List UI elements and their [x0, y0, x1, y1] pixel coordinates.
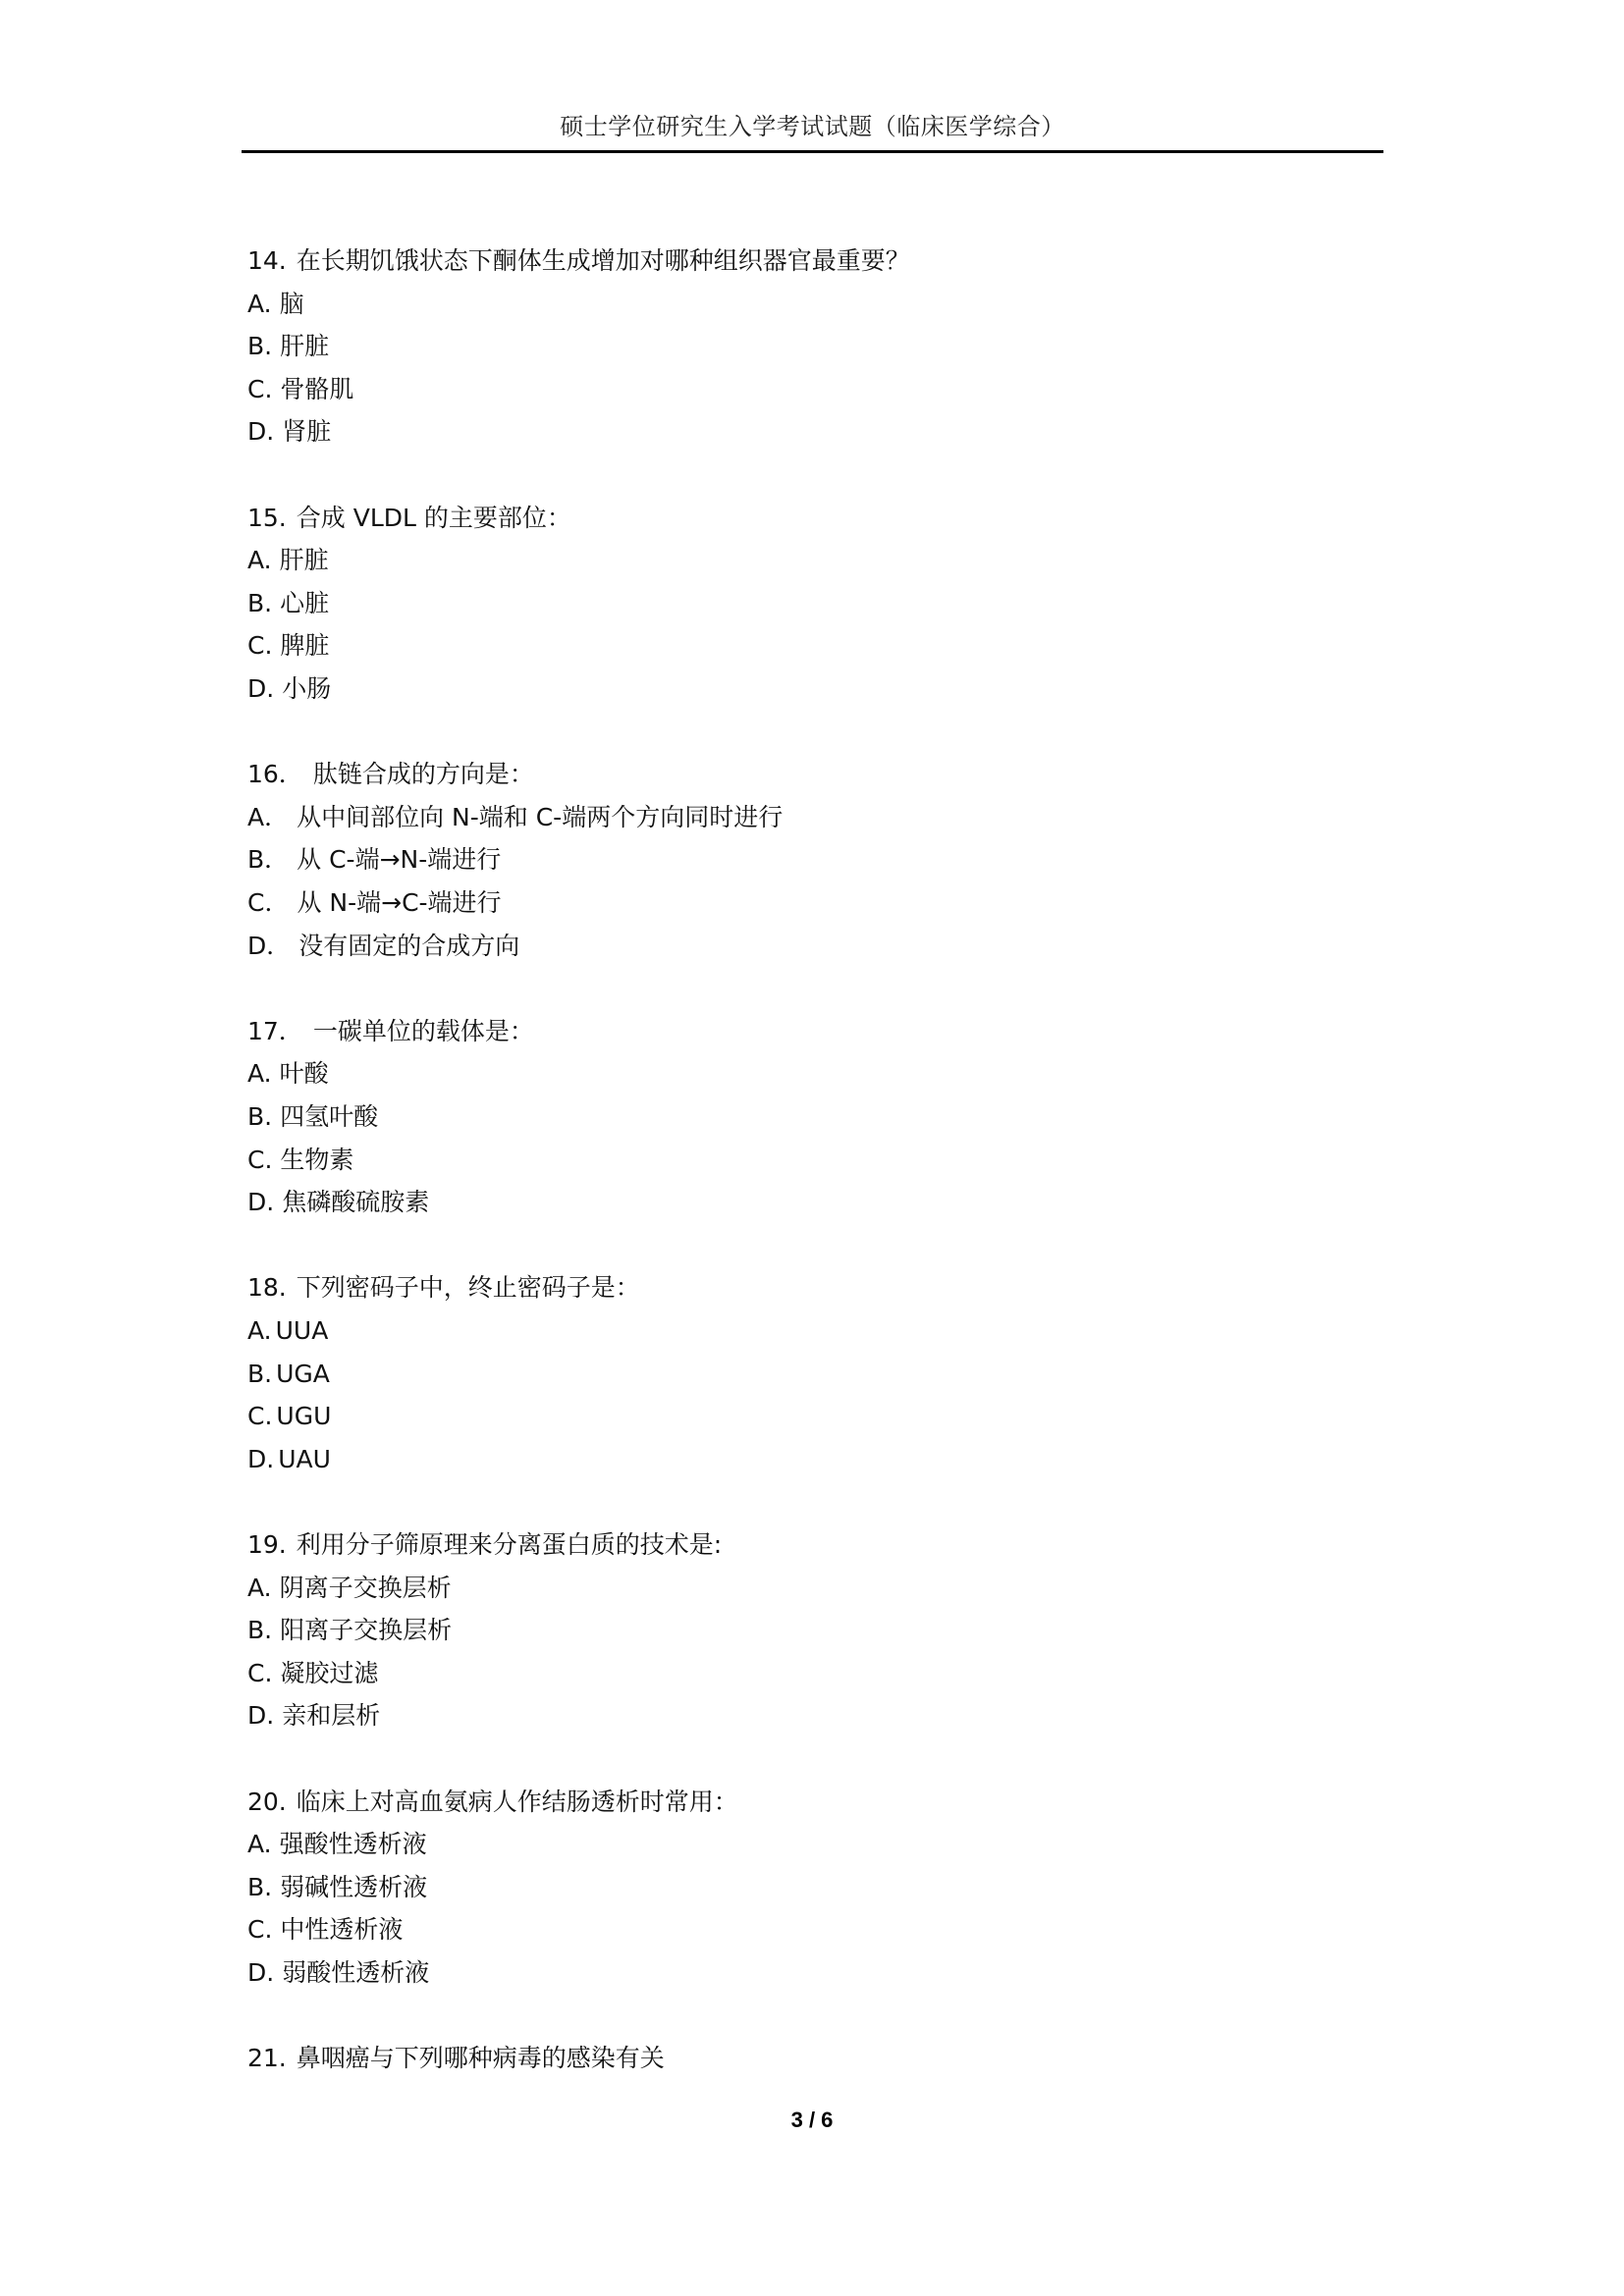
option-letter: D. — [247, 1181, 274, 1224]
page-header-title: 硕士学位研究生入学考试试题（临床医学综合） — [242, 110, 1383, 143]
option-text: 肝脏 — [280, 546, 329, 574]
option-letter: B. — [247, 1609, 272, 1652]
option-c: C.凝胶过滤 — [247, 1652, 1377, 1695]
option-letter: D． — [247, 925, 291, 968]
option-letter: D. — [247, 1438, 274, 1481]
option-letter: C. — [247, 1652, 272, 1695]
option-letter: C. — [247, 1395, 272, 1438]
option-d: D.肾脏 — [247, 410, 1377, 454]
question-21: 21.鼻咽癌与下列哪种病毒的感染有关 — [247, 2037, 1377, 2294]
option-b: B.心脏 — [247, 582, 1377, 625]
question-stem: 17．一碳单位的载体是： — [247, 1010, 1377, 1053]
option-letter: A. — [247, 283, 272, 326]
option-text: 阴离子交换层析 — [280, 1574, 452, 1602]
question-stem: 20.临床上对高血氨病人作结肠透析时常用： — [247, 1781, 1377, 1824]
option-text: 没有固定的合成方向 — [298, 932, 519, 960]
question-17: 17．一碳单位的载体是： A.叶酸 B.四氢叶酸 C.生物素 D.焦磷酸硫胺素 — [247, 1010, 1377, 1267]
question-14: 14.在长期饥饿状态下酮体生成增加对哪种组织器官最重要？ A.脑 B.肝脏 C.… — [247, 240, 1377, 497]
question-number: 19. — [247, 1523, 287, 1567]
option-b: B.UGA — [247, 1353, 1377, 1396]
option-letter: C. — [247, 624, 272, 667]
question-stem: 16．肽链合成的方向是： — [247, 753, 1377, 796]
question-text: 鼻咽癌与下列哪种病毒的感染有关 — [297, 2044, 665, 2072]
option-a: A.肝脏 — [247, 539, 1377, 582]
question-number: 14. — [247, 240, 287, 283]
option-letter: A. — [247, 1052, 272, 1095]
option-b: B.阳离子交换层析 — [247, 1609, 1377, 1652]
option-text: 肝脏 — [280, 332, 329, 360]
option-letter: B. — [247, 582, 272, 625]
question-stem: 21.鼻咽癌与下列哪种病毒的感染有关 — [247, 2037, 1377, 2080]
option-d: D.小肠 — [247, 667, 1377, 711]
option-text: 弱酸性透析液 — [282, 1958, 429, 1987]
option-text: 生物素 — [280, 1146, 353, 1174]
question-text: 下列密码子中，终止密码子是： — [297, 1273, 640, 1302]
question-20: 20.临床上对高血氨病人作结肠透析时常用： A.强酸性透析液 B.弱碱性透析液 … — [247, 1781, 1377, 2038]
option-d: D.UAU — [247, 1438, 1377, 1481]
question-number: 17． — [247, 1010, 303, 1053]
option-c: C.生物素 — [247, 1139, 1377, 1182]
question-18: 18.下列密码子中，终止密码子是： A.UUA B.UGA C.UGU D.UA… — [247, 1266, 1377, 1523]
question-text: 合成 VLDL 的主要部位： — [297, 504, 571, 532]
option-text: 亲和层析 — [282, 1701, 380, 1730]
option-letter: A. — [247, 1309, 272, 1353]
option-text: UUA — [276, 1316, 329, 1345]
option-text: 焦磷酸硫胺素 — [282, 1188, 429, 1216]
question-list: 14.在长期饥饿状态下酮体生成增加对哪种组织器官最重要？ A.脑 B.肝脏 C.… — [247, 240, 1377, 2294]
question-text: 临床上对高血氨病人作结肠透析时常用： — [297, 1788, 738, 1816]
option-text: 脑 — [280, 290, 304, 318]
option-letter: C． — [247, 881, 289, 925]
option-text: 脾脏 — [280, 631, 329, 660]
option-text: 骨骼肌 — [280, 375, 353, 403]
option-letter: D. — [247, 667, 274, 711]
option-d: D.亲和层析 — [247, 1694, 1377, 1737]
option-text: 从 C-端→N-端进行 — [297, 845, 501, 874]
question-stem: 14.在长期饥饿状态下酮体生成增加对哪种组织器官最重要？ — [247, 240, 1377, 283]
option-letter: A. — [247, 1823, 272, 1866]
option-c: C.脾脏 — [247, 624, 1377, 667]
option-text: 四氢叶酸 — [280, 1102, 378, 1131]
option-c: C.UGU — [247, 1395, 1377, 1438]
option-text: 中性透析液 — [280, 1915, 403, 1944]
option-letter: D. — [247, 1951, 274, 1995]
question-15: 15.合成 VLDL 的主要部位： A.肝脏 B.心脏 C.脾脏 D.小肠 — [247, 497, 1377, 754]
option-b: B.四氢叶酸 — [247, 1095, 1377, 1139]
option-text: 凝胶过滤 — [280, 1659, 378, 1687]
option-b: B.肝脏 — [247, 325, 1377, 368]
question-stem: 19.利用分子筛原理来分离蛋白质的技术是: — [247, 1523, 1377, 1567]
option-c: C．从 N-端→C-端进行 — [247, 881, 1377, 925]
question-text: 在长期饥饿状态下酮体生成增加对哪种组织器官最重要？ — [297, 246, 910, 275]
option-text: 小肠 — [282, 674, 331, 703]
option-letter: B. — [247, 325, 272, 368]
question-stem: 18.下列密码子中，终止密码子是： — [247, 1266, 1377, 1309]
option-letter: C. — [247, 1139, 272, 1182]
option-letter: B． — [247, 838, 289, 881]
option-text: 肾脏 — [282, 417, 331, 446]
option-letter: B. — [247, 1353, 272, 1396]
question-text: 肽链合成的方向是： — [313, 760, 534, 788]
option-letter: A. — [247, 539, 272, 582]
option-d: D．没有固定的合成方向 — [247, 925, 1377, 968]
option-b: B.弱碱性透析液 — [247, 1866, 1377, 1909]
option-b: B．从 C-端→N-端进行 — [247, 838, 1377, 881]
question-text: 一碳单位的载体是： — [313, 1017, 534, 1045]
option-a: A．从中间部位向 N-端和 C-端两个方向同时进行 — [247, 796, 1377, 839]
option-letter: D. — [247, 410, 274, 454]
question-number: 18. — [247, 1266, 287, 1309]
question-stem: 15.合成 VLDL 的主要部位： — [247, 497, 1377, 540]
option-text: UAU — [278, 1445, 331, 1473]
option-letter: B. — [247, 1095, 272, 1139]
option-letter: C. — [247, 368, 272, 411]
question-number: 15. — [247, 497, 287, 540]
option-letter: A． — [247, 796, 289, 839]
option-text: UGA — [276, 1360, 330, 1388]
option-text: 心脏 — [280, 589, 329, 617]
question-number: 21. — [247, 2037, 287, 2080]
option-a: A.叶酸 — [247, 1052, 1377, 1095]
option-text: 强酸性透析液 — [280, 1830, 427, 1858]
option-letter: D. — [247, 1694, 274, 1737]
question-16: 16．肽链合成的方向是： A．从中间部位向 N-端和 C-端两个方向同时进行 B… — [247, 753, 1377, 1010]
option-a: A.脑 — [247, 283, 1377, 326]
option-text: 叶酸 — [280, 1059, 329, 1088]
question-number: 20. — [247, 1781, 287, 1824]
option-text: 从中间部位向 N-端和 C-端两个方向同时进行 — [297, 803, 783, 831]
option-text: 从 N-端→C-端进行 — [297, 888, 501, 917]
option-c: C.骨骼肌 — [247, 368, 1377, 411]
option-d: D.焦磷酸硫胺素 — [247, 1181, 1377, 1224]
option-letter: B. — [247, 1866, 272, 1909]
option-text: UGU — [276, 1402, 331, 1430]
option-d: D.弱酸性透析液 — [247, 1951, 1377, 1995]
page-number: 3 / 6 — [0, 2107, 1624, 2134]
option-letter: C. — [247, 1908, 272, 1951]
option-a: A.阴离子交换层析 — [247, 1567, 1377, 1610]
option-a: A.强酸性透析液 — [247, 1823, 1377, 1866]
question-number: 16． — [247, 753, 303, 796]
question-19: 19.利用分子筛原理来分离蛋白质的技术是: A.阴离子交换层析 B.阳离子交换层… — [247, 1523, 1377, 1781]
option-letter: A. — [247, 1567, 272, 1610]
option-text: 弱碱性透析液 — [280, 1873, 427, 1901]
header-divider — [242, 150, 1383, 153]
option-c: C.中性透析液 — [247, 1908, 1377, 1951]
option-a: A.UUA — [247, 1309, 1377, 1353]
question-text: 利用分子筛原理来分离蛋白质的技术是: — [297, 1530, 722, 1559]
option-text: 阳离子交换层析 — [280, 1616, 452, 1644]
